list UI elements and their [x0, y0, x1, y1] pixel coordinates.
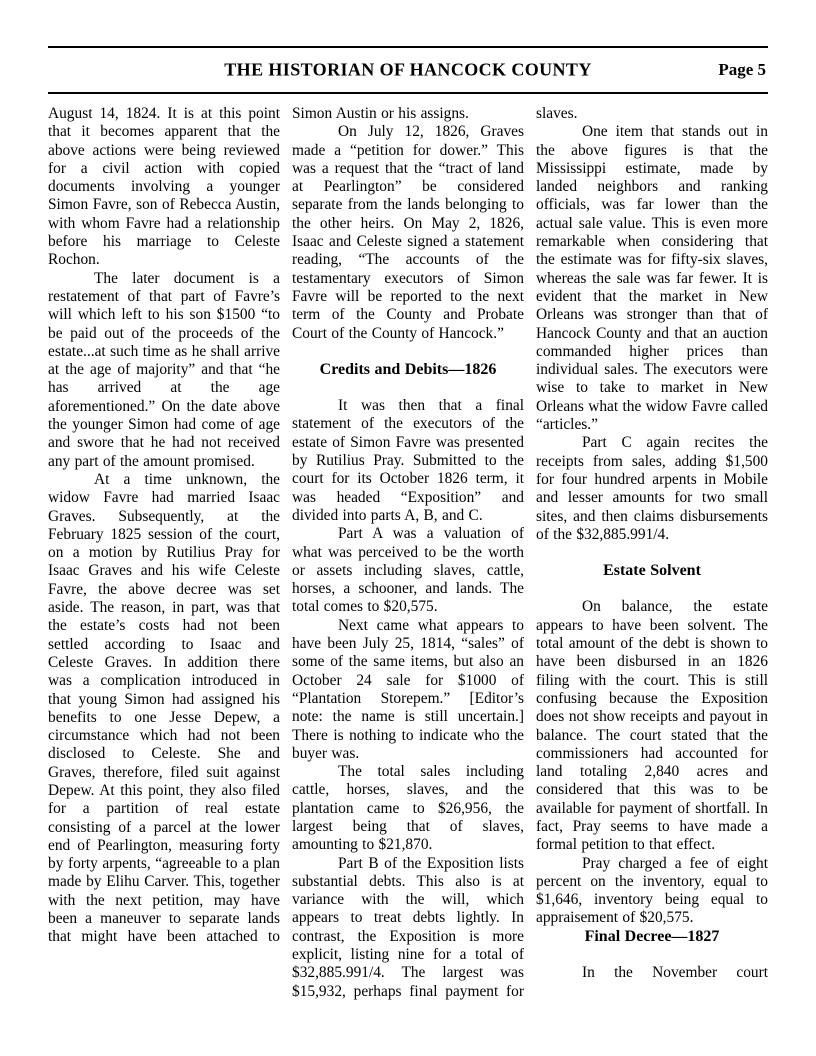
paragraph: slaves. — [536, 105, 768, 123]
paragraph: Pray charged a fee of eight percent on t… — [536, 855, 768, 928]
page-title: THE HISTORIAN OF HANCOCK COUNTY — [224, 60, 591, 81]
paragraph: The later document is a restatement of t… — [48, 270, 280, 471]
paragraph: At a time unknown, the widow Favre had m… — [48, 471, 280, 947]
paragraph: In the November court — [536, 964, 768, 982]
article-columns: August 14, 1824. It is at this point tha… — [48, 105, 768, 1001]
paragraph: On balance, the estate appears to have b… — [536, 598, 768, 854]
paragraph: Part C again recites the receipts from s… — [536, 434, 768, 544]
column-1: August 14, 1824. It is at this point tha… — [48, 105, 280, 1001]
paragraph: One item that stands out in the above fi… — [536, 123, 768, 434]
paragraph: Part B of the Exposition lists substanti… — [292, 855, 524, 1001]
column-3: slaves.One item that stands out in the a… — [536, 105, 768, 1001]
paragraph: On July 12, 1826, Graves made a “petitio… — [292, 123, 524, 343]
paragraph: The total sales including cattle, horses… — [292, 763, 524, 854]
page-header: THE HISTORIAN OF HANCOCK COUNTY Page 5 — [48, 46, 768, 94]
paragraph: Simon Austin or his assigns. — [292, 105, 524, 123]
section-heading: Final Decree—1827 — [536, 928, 768, 946]
page-number: Page 5 — [718, 60, 766, 80]
section-heading: Credits and Debits—1826 — [292, 361, 524, 379]
paragraph: Next came what appears to have been July… — [292, 617, 524, 763]
column-2: Simon Austin or his assigns.On July 12, … — [292, 105, 524, 1001]
newsletter-page: THE HISTORIAN OF HANCOCK COUNTY Page 5 A… — [0, 0, 816, 1056]
section-heading: Estate Solvent — [536, 562, 768, 580]
paragraph: Part A was a valuation of what was perce… — [292, 525, 524, 616]
paragraph: It was then that a final statement of th… — [292, 397, 524, 525]
paragraph: August 14, 1824. It is at this point tha… — [48, 105, 280, 270]
